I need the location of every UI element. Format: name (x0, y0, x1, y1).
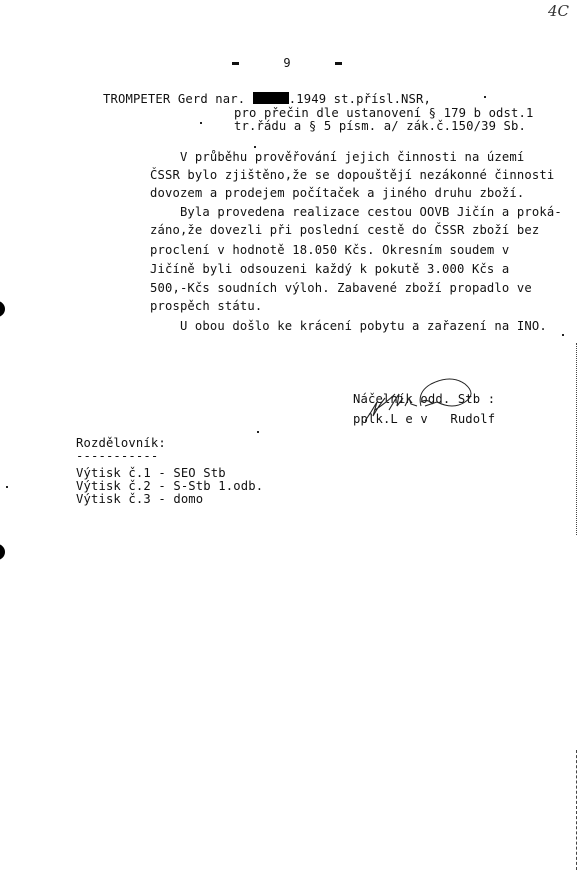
scan-speck (484, 96, 486, 98)
body-line: Jičíně byli odsouzeni každý k pokutě 3.0… (150, 262, 509, 276)
distribution-item: Výtisk č.2 - S-Stb 1.odb. (76, 479, 263, 493)
distribution-item: Výtisk č.1 - SEO Stb (76, 466, 226, 480)
body-line: ČSSR bylo zjištěno,že se dopouštějí nezá… (150, 168, 554, 182)
scan-edge-line (576, 750, 577, 870)
scan-speck (562, 334, 564, 336)
body-line: prospěch státu. (150, 299, 262, 313)
punch-hole-mark (0, 544, 5, 560)
dash-left (232, 62, 239, 65)
subject-birth-nationality: .1949 st.přísl.NSR, (289, 92, 431, 106)
scan-speck (6, 486, 8, 488)
body-line: záno,že dovezli při poslední cestě do ČS… (150, 223, 539, 237)
distribution-underline: ----------- (76, 449, 158, 463)
handwritten-folio-number: 4C (548, 2, 569, 20)
body-line: Byla provedena realizace cestou OOVB Jič… (150, 205, 562, 219)
distribution-item: Výtisk č.3 - domo (76, 492, 203, 506)
page-number: 9 (283, 56, 290, 70)
offense-line-2: tr.řádu a § 5 písm. a/ zák.č.150/39 Sb. (234, 119, 526, 133)
redaction-box (253, 92, 289, 104)
offense-line-1: pro přečin dle ustanovení § 179 b odst.1 (234, 106, 534, 120)
subject-line: TROMPETER Gerd nar. .1949 st.přísl.NSR, (103, 92, 431, 106)
punch-hole-mark (0, 301, 5, 317)
dash-right (335, 62, 342, 65)
scan-speck (257, 431, 259, 433)
scan-edge-line (576, 343, 577, 535)
subject-name: TROMPETER Gerd nar. (103, 92, 253, 106)
distribution-heading: Rozdělovník: (76, 436, 166, 450)
document-page: 4C 9 TROMPETER Gerd nar. .1949 st.přísl.… (0, 0, 588, 879)
body-line: 500,-Kčs soudních výloh. Zabavené zboží … (150, 281, 532, 295)
handwritten-signature-icon (365, 376, 495, 436)
body-line: U obou došlo ke krácení pobytu a zařazen… (150, 319, 547, 333)
body-line: proclení v hodnotě 18.050 Kčs. Okresním … (150, 243, 509, 257)
scan-speck (200, 122, 202, 124)
page-number-line: 9 (232, 56, 342, 70)
body-line: dovozem a prodejem počítaček a jiného dr… (150, 186, 524, 200)
body-line: V průběhu prověřování jejich činnosti na… (150, 150, 524, 164)
scan-speck (254, 146, 256, 148)
